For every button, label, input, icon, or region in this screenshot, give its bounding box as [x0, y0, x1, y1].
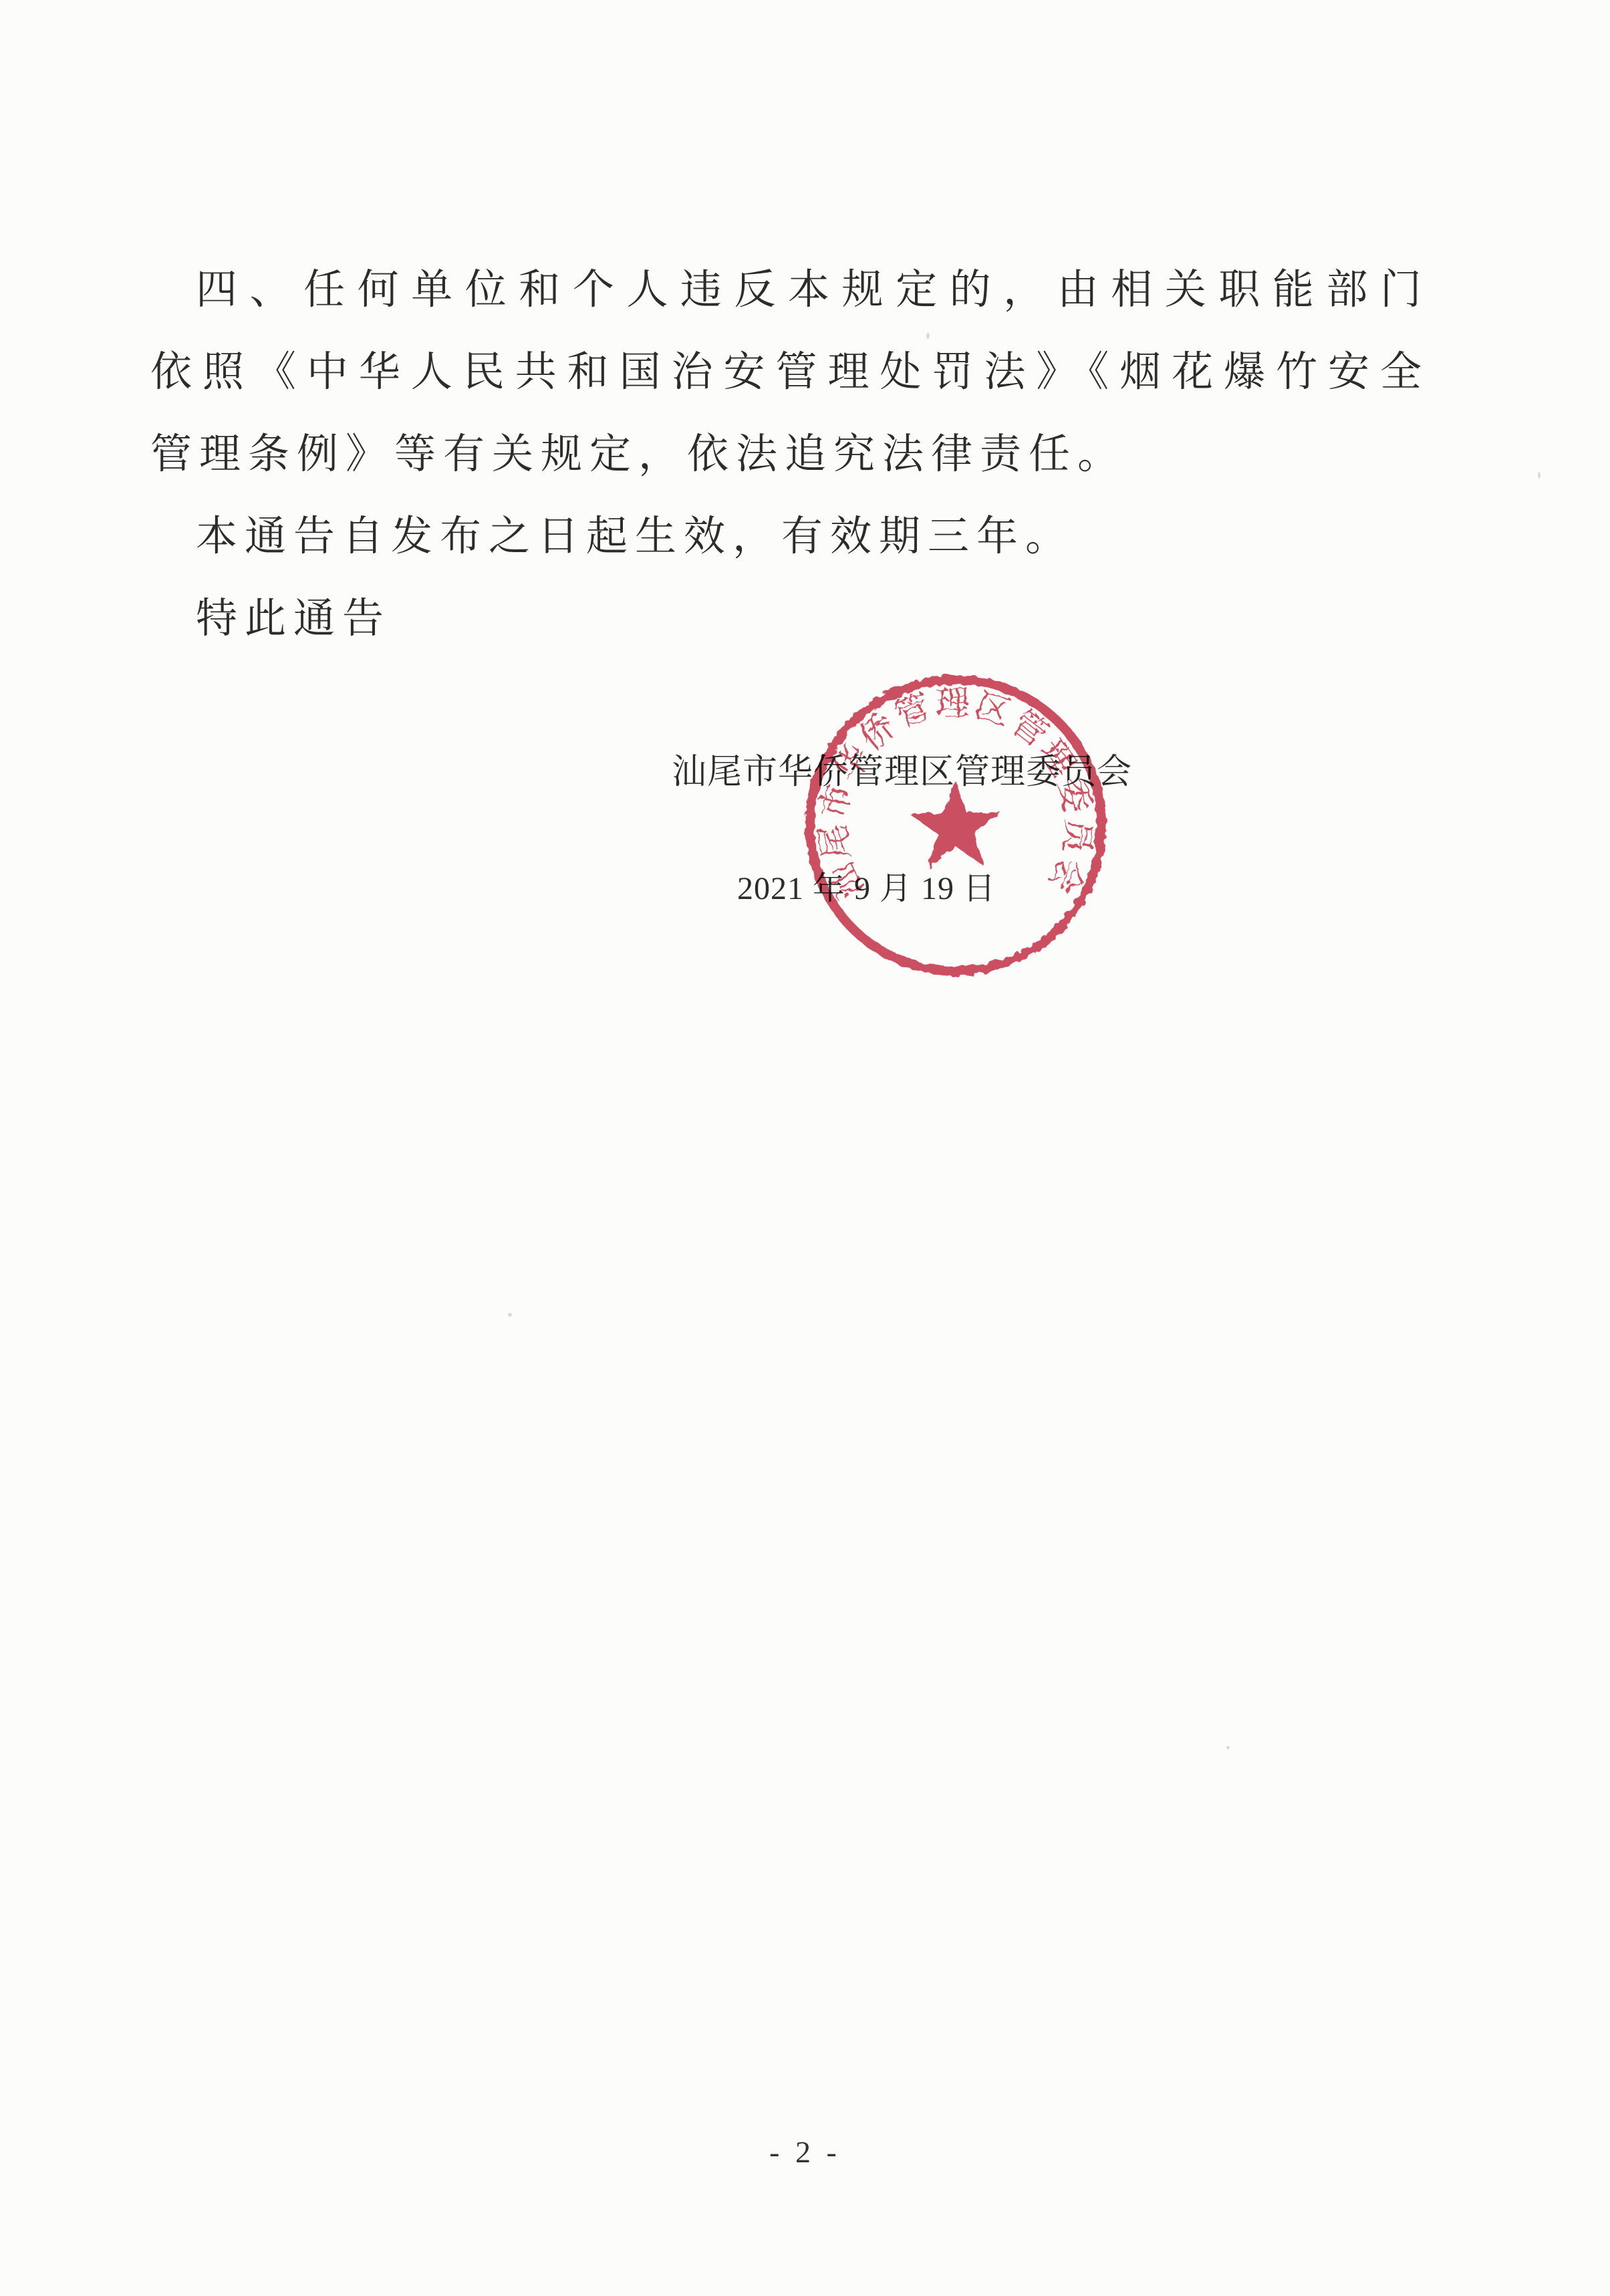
scan-speckle: [926, 333, 930, 339]
scan-speckle: [1538, 472, 1540, 479]
scan-speckle: [508, 1313, 512, 1317]
body-line: 四、任何单位和个人违反本规定的，由相关职能部门: [150, 249, 1430, 332]
body-line: 管理条例》等有关规定，依法追究法律责任。: [150, 414, 1430, 496]
scan-speckle: [1226, 1746, 1230, 1749]
document-page: 四、任何单位和个人违反本规定的，由相关职能部门 依照《中华人民共和国治安管理处罚…: [0, 0, 1610, 2296]
body-line: 特此通告: [150, 578, 1430, 660]
body-line: 依照《中华人民共和国治安管理处罚法》《烟花爆竹安全: [150, 332, 1430, 414]
page-number: - 2 -: [0, 2134, 1610, 2170]
notice-body: 四、任何单位和个人违反本规定的，由相关职能部门 依照《中华人民共和国治安管理处罚…: [150, 249, 1430, 660]
official-seal-stamp: 汕尾市华侨管理区管理委员会: [797, 666, 1115, 985]
body-line: 本通告自发布之日起生效，有效期三年。: [150, 496, 1430, 578]
seal-star-icon: [909, 779, 1002, 868]
